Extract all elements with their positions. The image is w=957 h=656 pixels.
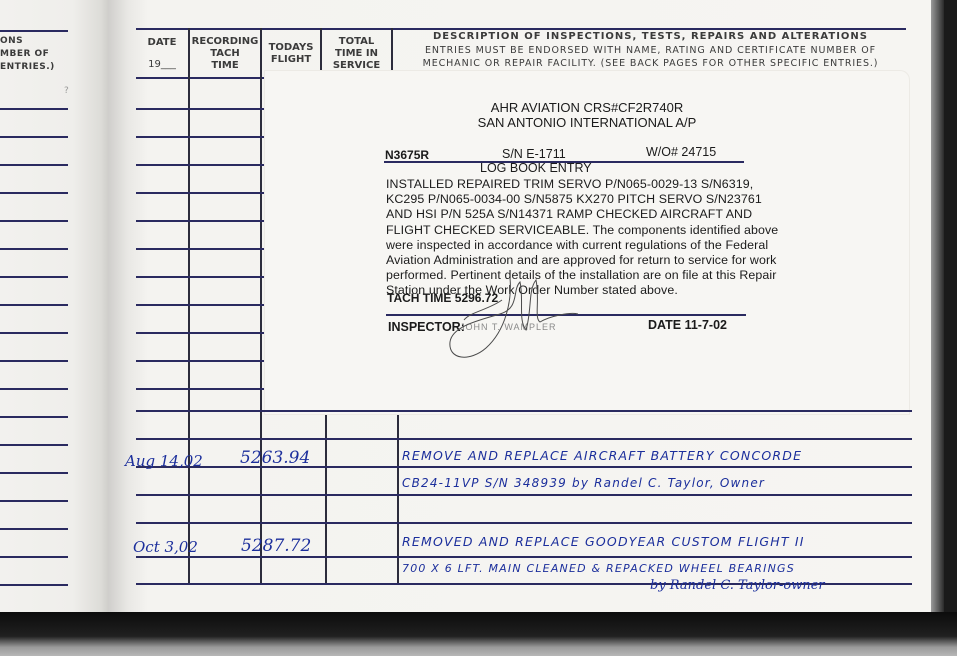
entry-rule	[136, 438, 912, 440]
entry-date: Aug 14,02	[125, 452, 203, 470]
left-page-rule	[0, 444, 68, 446]
stray-mark: ?	[64, 86, 69, 96]
entry-rule	[136, 410, 912, 412]
left-page-rule	[0, 30, 68, 32]
column-header-date: DATE 19___	[136, 30, 188, 78]
entry-description-line: REMOVED AND REPLACE GOODYEAR CUSTOM FLIG…	[402, 534, 805, 549]
entry-rule	[136, 494, 912, 496]
row-rule	[136, 304, 264, 306]
company-line: AHR AVIATION CRS#CF2R740R	[264, 100, 910, 116]
left-page-rule	[0, 108, 68, 110]
left-page-rule	[0, 388, 68, 390]
date-year-label: 19___	[148, 59, 176, 71]
left-header-line: ONS	[0, 35, 55, 48]
left-page-rule	[0, 304, 68, 306]
row-rule	[136, 332, 264, 334]
column-divider	[260, 28, 262, 584]
inspector-signature	[440, 270, 580, 370]
entry-title: LOG BOOK ENTRY	[480, 161, 592, 175]
row-rule	[136, 108, 264, 110]
entry-description-line: 700 X 6 LFT. MAIN CLEANED & REPACKED WHE…	[402, 562, 795, 575]
left-page-rule	[0, 500, 68, 502]
entry-tach-time: 5287.72	[241, 536, 311, 556]
entry-description-line: CB24-11VP S/N 348939 by Randel C. Taylor…	[402, 476, 765, 490]
description-instructions-line: MECHANIC OR REPAIR FACILITY. (SEE BACK P…	[398, 57, 903, 70]
entry-rule	[136, 556, 912, 558]
inspection-date: DATE 11-7-02	[648, 318, 727, 332]
registration: N3675R	[385, 148, 429, 162]
column-header-description: DESCRIPTION OF INSPECTIONS, TESTS, REPAI…	[398, 30, 903, 70]
left-page: ONS MBER OF ENTRIES.) ?	[0, 0, 112, 620]
left-page-rule	[0, 136, 68, 138]
left-page-rule	[0, 332, 68, 334]
row-rule	[136, 164, 264, 166]
serial-number: S/N E-1711	[502, 147, 566, 161]
left-page-rule	[0, 248, 68, 250]
location-line: SAN ANTONIO INTERNATIONAL A/P	[264, 115, 910, 131]
left-page-rule	[0, 360, 68, 362]
row-rule	[136, 276, 264, 278]
entry-rule	[136, 522, 912, 524]
row-rule	[136, 192, 264, 194]
left-page-rule	[0, 528, 68, 530]
left-page-rule	[0, 164, 68, 166]
row-rule	[136, 360, 264, 362]
column-divider	[188, 28, 190, 584]
left-header-line: MBER OF	[0, 48, 55, 61]
left-page-rule	[0, 472, 68, 474]
entry-tach-time: 5263.94	[240, 448, 310, 468]
left-page-rule	[0, 276, 68, 278]
repair-station-sticker: AHR AVIATION CRS#CF2R740R SAN ANTONIO IN…	[264, 70, 910, 415]
work-order: W/O# 24715	[646, 145, 716, 159]
entry-date: Oct 3,02	[133, 538, 198, 556]
entry-description-line: by Randel C. Taylor-owner	[650, 578, 825, 593]
left-page-rule	[0, 416, 68, 418]
scanner-edge	[0, 612, 957, 656]
row-rule	[136, 220, 264, 222]
row-rule	[136, 136, 264, 138]
left-page-header-fragment: ONS MBER OF ENTRIES.)	[0, 35, 55, 74]
left-page-rule	[0, 556, 68, 558]
description-title: DESCRIPTION OF INSPECTIONS, TESTS, REPAI…	[398, 30, 903, 44]
description-instructions-line: ENTRIES MUST BE ENDORSED WITH NAME, RATI…	[398, 44, 903, 57]
column-header-recording-tach-time: RECORDING TACH TIME	[190, 30, 260, 78]
left-page-rule	[0, 192, 68, 194]
row-rule	[136, 248, 264, 250]
left-page-rule	[0, 220, 68, 222]
date-label: DATE	[148, 37, 177, 49]
row-rule	[136, 388, 264, 390]
left-header-line: ENTRIES.)	[0, 61, 55, 74]
entry-description-line: REMOVE AND REPLACE AIRCRAFT BATTERY CONC…	[402, 448, 802, 463]
page-edge-shadow	[931, 0, 944, 612]
left-page-rule	[0, 584, 68, 586]
